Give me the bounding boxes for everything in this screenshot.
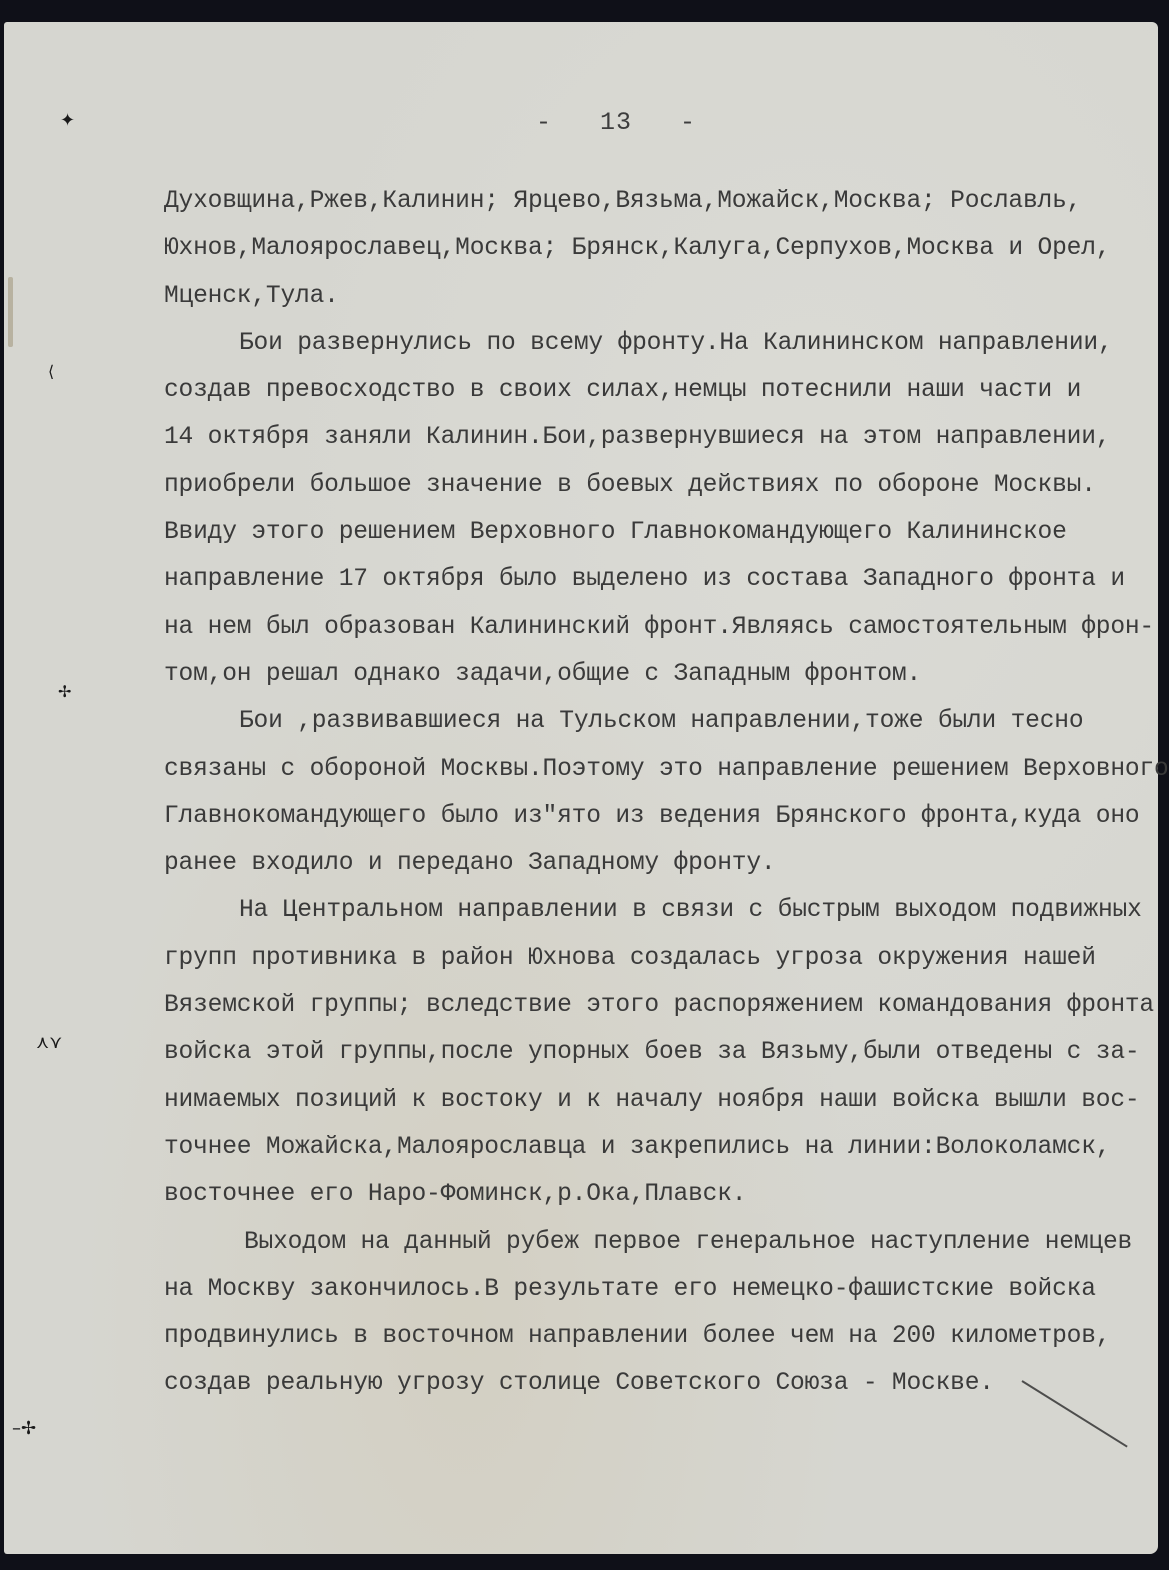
text-line: Вяземской группы; вследствие этого распо… [164,982,1169,1029]
text-line: Юхнов,Малоярославец,Москва; Брянск,Калуг… [164,225,1169,272]
binding-hole-mark: ✦ [60,110,75,131]
text-line: На Центральном направлении в связи с быс… [164,887,1169,934]
text-line: связаны с обороной Москвы.Поэтому это на… [164,746,1169,793]
binding-hole-mark: ⋏⋎ [36,1032,62,1053]
text-line: Бои развернулись по всему фронту.На Кали… [164,320,1169,367]
text-line: Ввиду этого решением Верховного Главноко… [164,509,1169,556]
document-page: ✦ ⟨ ✢ ⋏⋎ –✢ - 13 - Духовщина,Ржев,Калини… [4,22,1158,1554]
text-line: Бои ,развивавшиеся на Тульском направлен… [164,698,1169,745]
text-line: на Москву закончилось.В результате его н… [164,1266,1169,1313]
text-line: групп противника в район Юхнова создалас… [164,935,1169,982]
text-line: Выходом на данный рубеж первое генеральн… [164,1219,1169,1266]
text-line: нимаемых позиций к востоку и к началу но… [164,1077,1169,1124]
text-line: ранее входило и передано Западному фронт… [164,840,1169,887]
text-line: продвинулись в восточном направлении бол… [164,1313,1169,1360]
text-line: Духовщина,Ржев,Калинин; Ярцево,Вязьма,Мо… [164,178,1169,225]
text-line: создав превосходство в своих силах,немцы… [164,367,1169,414]
binding-hole-mark: ✢ [58,682,71,701]
text-line: восточнее его Наро-Фоминск,р.Ока,Плавск. [164,1171,1169,1218]
text-line: приобрели большое значение в боевых дейс… [164,462,1169,509]
text-line: создав реальную угрозу столице Советског… [164,1360,1169,1407]
text-line: войска этой группы,после упорных боев за… [164,1029,1169,1076]
binding-hole-mark: ⟨ [48,362,54,381]
text-line: на нем был образован Калининский фронт.Я… [164,604,1169,651]
text-line: том,он решал однако задачи,общие с Запад… [164,651,1169,698]
typewritten-body: Духовщина,Ржев,Калинин; Ярцево,Вязьма,Мо… [164,178,1169,1408]
paper-edge-wear [8,277,13,347]
text-line: Главнокомандующего было из"ято из ведени… [164,793,1169,840]
binding-hole-mark: –✢ [12,1418,36,1439]
text-line: 14 октября заняли Калинин.Бои,развернувш… [164,414,1169,461]
text-line: точнее Можайска,Малоярославца и закрепил… [164,1124,1169,1171]
page-number: - 13 - [536,108,696,137]
text-line: направление 17 октября было выделено из … [164,556,1169,603]
text-line: Мценск,Тула. [164,273,1169,320]
